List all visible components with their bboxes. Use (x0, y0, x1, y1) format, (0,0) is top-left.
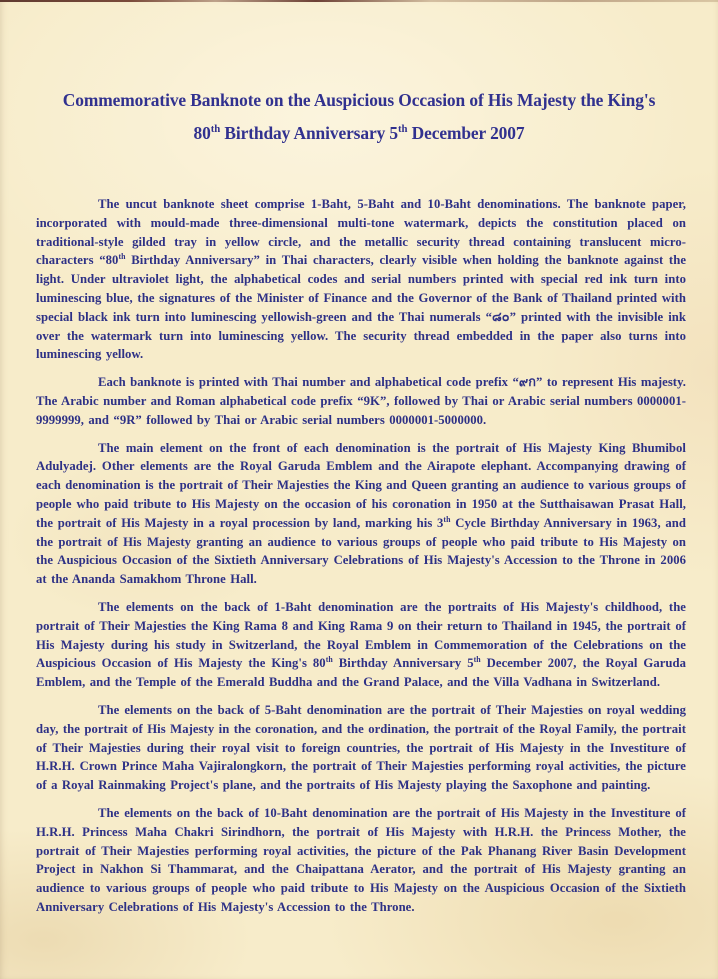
document-body: The uncut banknote sheet comprise 1-Baht… (36, 195, 686, 926)
paragraph-back-1-baht: The elements on the back of 1-Baht denom… (36, 598, 686, 692)
paragraph-back-5-baht: The elements on the back of 5-Baht denom… (36, 701, 686, 795)
title-line-2: 80th Birthday Anniversary 5th December 2… (0, 117, 718, 150)
scanned-document-page: Commemorative Banknote on the Auspicious… (0, 0, 718, 979)
paragraph-back-10-baht: The elements on the back of 10-Baht deno… (36, 804, 686, 917)
document-title: Commemorative Banknote on the Auspicious… (0, 84, 718, 150)
paragraph-intro-denominations: The uncut banknote sheet comprise 1-Baht… (36, 195, 686, 364)
paragraph-front-elements: The main element on the front of each de… (36, 439, 686, 589)
title-line-1: Commemorative Banknote on the Auspicious… (0, 84, 718, 117)
scan-edge-artifact (0, 0, 718, 2)
paragraph-code-prefix: Each banknote is printed with Thai numbe… (36, 373, 686, 429)
